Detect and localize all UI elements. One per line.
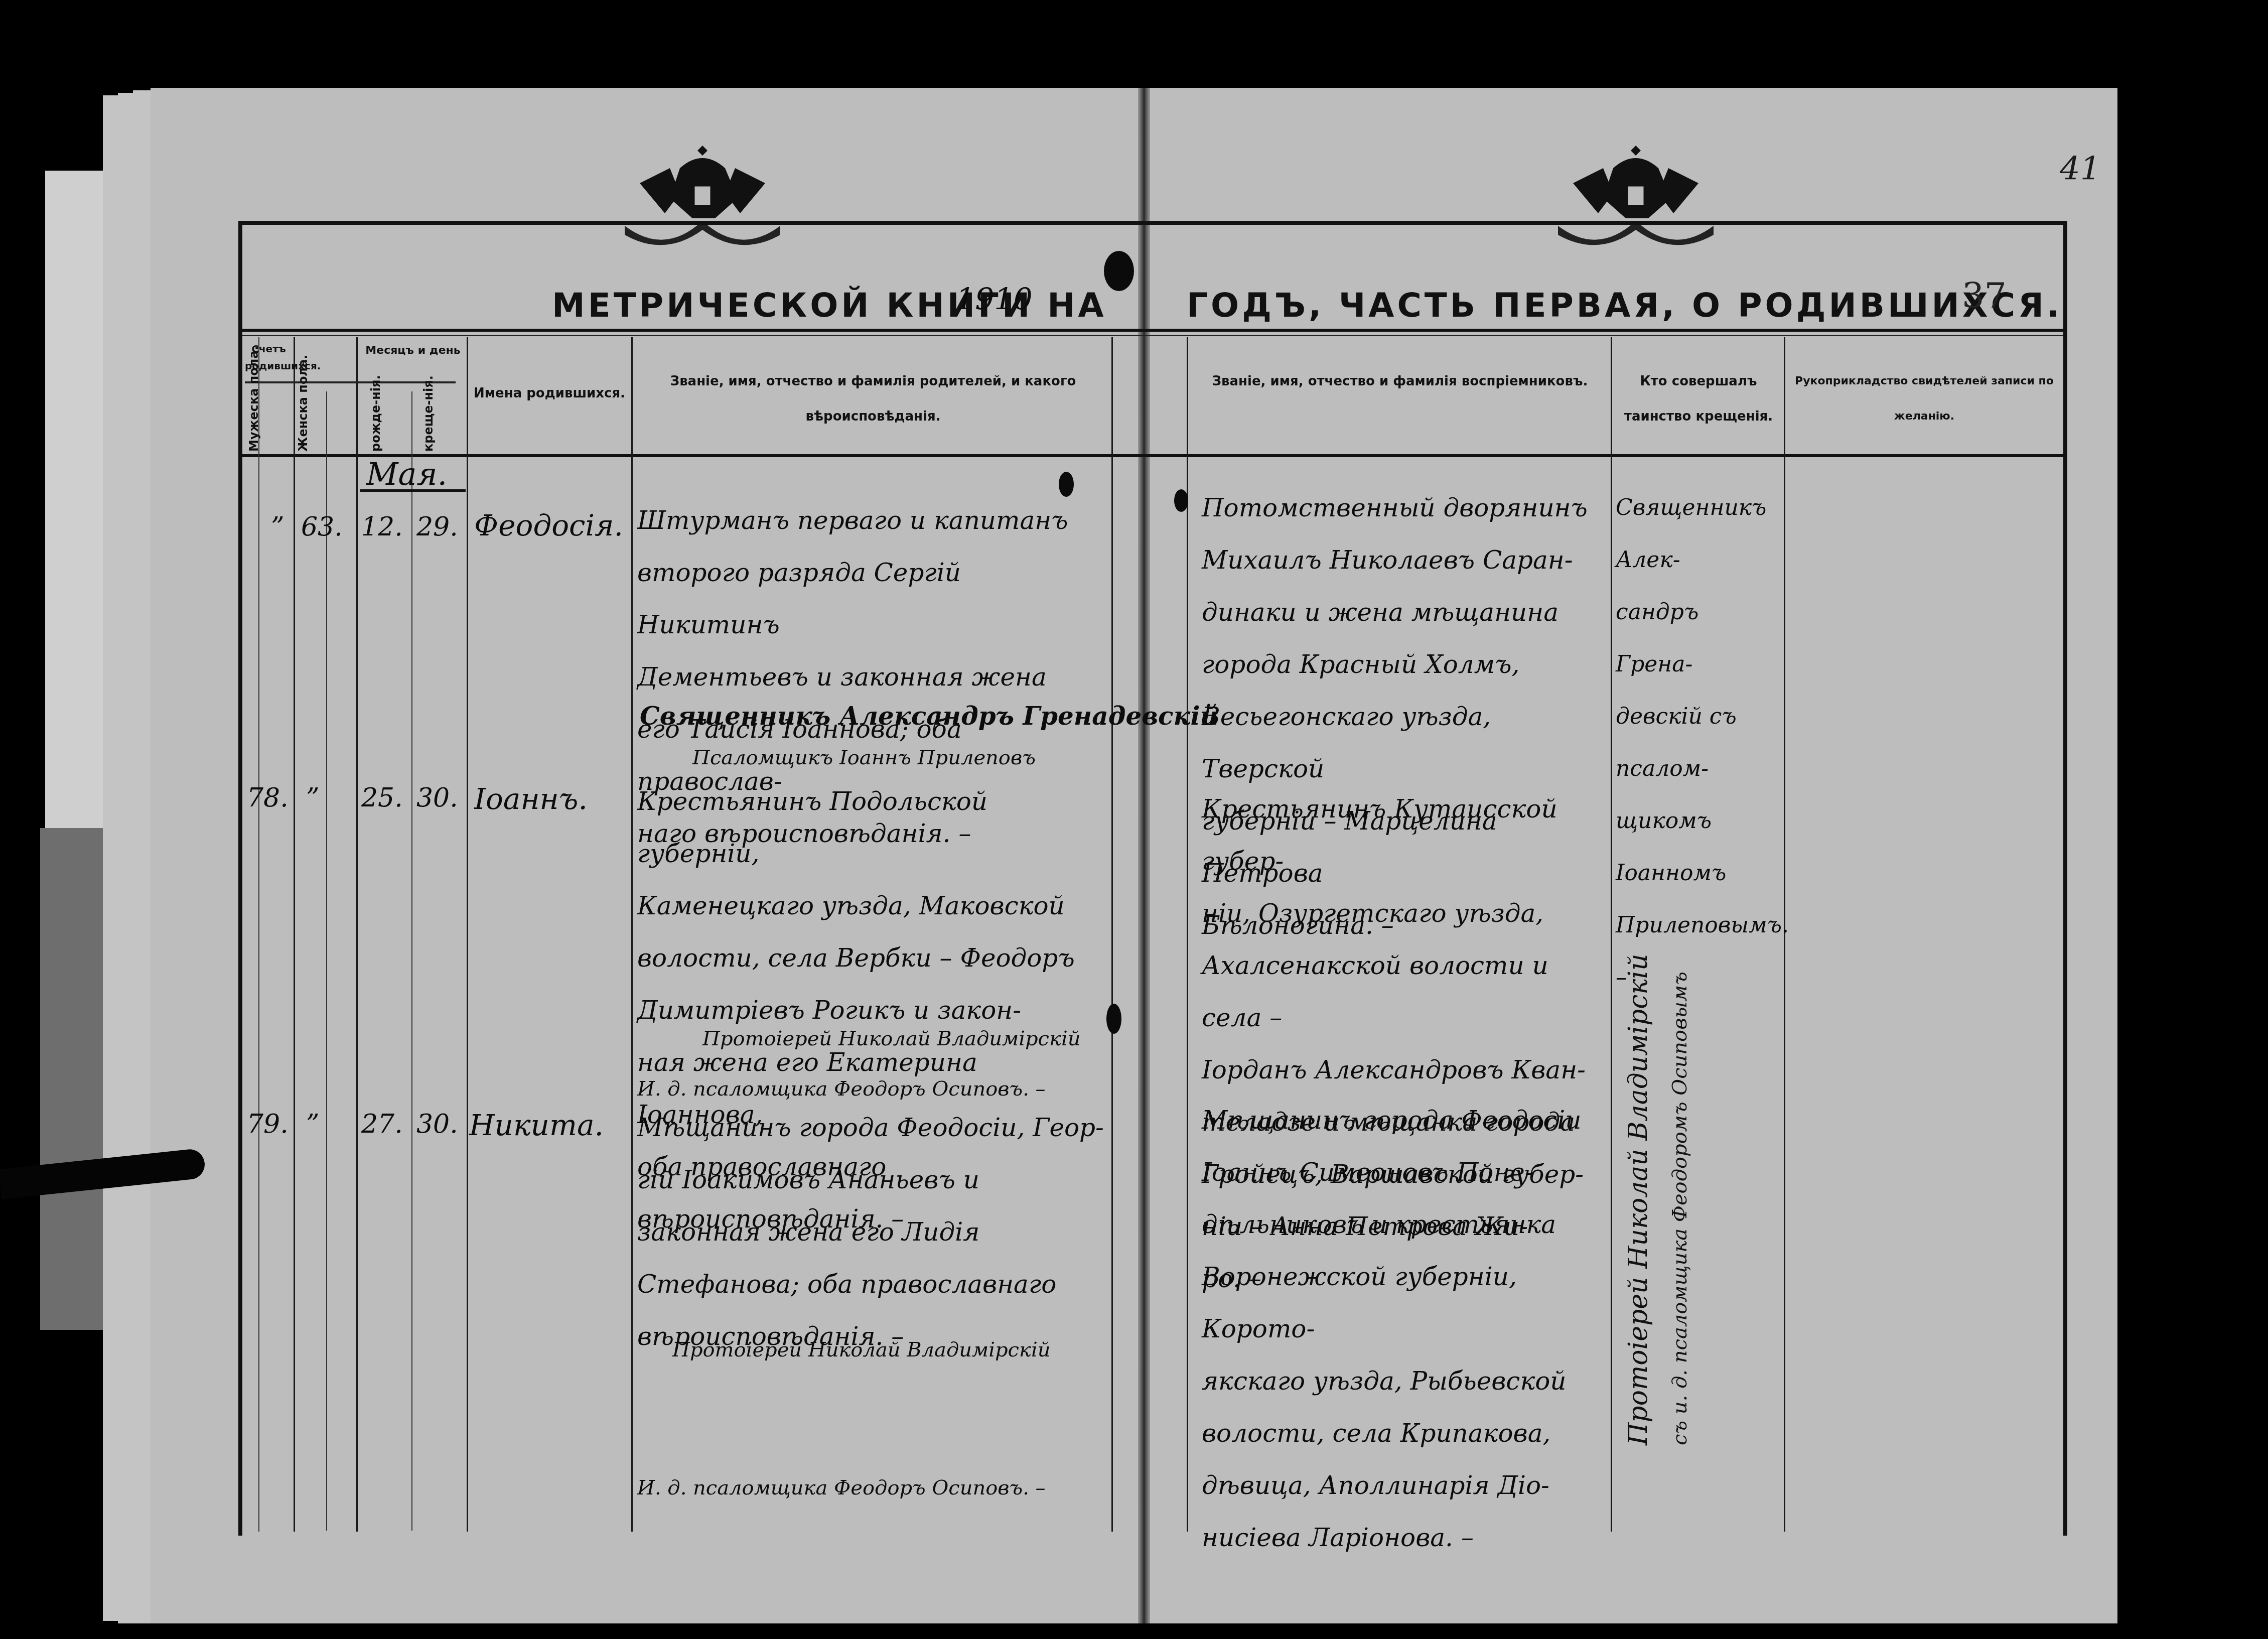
col-line — [356, 337, 358, 1532]
binding-hole-mark — [1059, 472, 1074, 497]
header-rule-bottom — [241, 454, 2067, 457]
entry-3-priest-signature: Протоіерей Николай Владимірскій — [672, 1335, 1050, 1365]
entry-2-parents-line: волости, села Вербки – Феодоръ — [637, 932, 1109, 984]
entry-2-godparents-line: ніи, Озургетскаго уѣзда, — [1202, 887, 1608, 939]
entry-1-parents-line: второго разряда Сергій Никитинъ — [637, 547, 1109, 651]
col-line — [1111, 337, 1113, 1532]
entry-1-birth-day: 12. — [361, 512, 403, 542]
entry-1-baptism-day: 29. — [416, 512, 458, 542]
entry-1-godparents-line: Михаилъ Николаевъ Саран- — [1202, 534, 1608, 586]
officiant-signature-vertical-1: Протоіерей Николай Владимірскій — [1623, 753, 1653, 1445]
entry-3-godparents: Мѣщанинъ города Феодосіи Іоаннъ Симеонов… — [1202, 1094, 1608, 1564]
header-birth-day: рожде-нія. — [369, 396, 383, 452]
frame-right — [2063, 221, 2067, 1536]
col-line — [1611, 337, 1612, 1532]
header-male: Мужеска пола. — [247, 396, 261, 452]
month-label: Мая. — [366, 457, 447, 492]
entry-1-godparents-line: города Красный Холмъ, — [1202, 638, 1608, 691]
entry-2-name: Іоаннъ. — [474, 773, 588, 825]
entry-1-parents-line: Штурманъ перваго и капитанъ — [637, 494, 1109, 547]
entry-3-godparents-line: дѣльниковъ и крестьянка — [1202, 1198, 1608, 1251]
entry-2-parents-line: Крестьянинъ Подольской губерніи, — [637, 775, 1109, 880]
entry-1-officiant-line: сандръ Грена- — [1616, 586, 1781, 691]
entry-1-godparents-line: Весьегонскаго уѣзда, Тверской — [1202, 691, 1608, 795]
double-headed-eagle-emblem-right — [1553, 138, 1719, 253]
entry-3-psalmist-footer: И. д. псаломщика Феодоръ Осиповъ. – — [637, 1473, 1046, 1503]
entry-3-godparents-line: якскаго уѣзда, Рыбьевской — [1202, 1355, 1608, 1407]
ink-blot — [1104, 251, 1134, 291]
entry-3-male: 79. — [247, 1109, 289, 1139]
entry-3-parents-line: Стефанова; оба православнаго — [637, 1258, 1109, 1310]
entry-3-name: Никита. — [469, 1099, 604, 1151]
col-line — [1187, 337, 1188, 1532]
entry-3-godparents-line: Мѣщанинъ города Феодосіи — [1202, 1094, 1608, 1146]
entry-3-godparents-line: нисіева Ларіонова. – — [1202, 1512, 1608, 1564]
col-line — [294, 337, 295, 1532]
double-headed-eagle-emblem-left — [620, 138, 785, 253]
book-spine — [1138, 88, 1150, 1623]
entry-1-priest-signature: Священникъ Александръ Гренадевскій — [640, 690, 1218, 742]
entry-3-psalmist-signature: И. д. псаломщика Феодоръ Осиповъ. – — [637, 1074, 1046, 1104]
header-godparents: Званіе, имя, отчество и фамилія воспріем… — [1204, 364, 1596, 399]
header-date-group: Месяцъ и день — [360, 340, 466, 361]
entry-1-female: 63. — [301, 512, 343, 542]
binding-hole-mark — [1174, 489, 1188, 512]
entry-2-godparents-line: Крестьянинъ Кутаисской губер- — [1202, 783, 1608, 887]
entry-3-godparents-line: дѣвица, Аполлинарія Діо- — [1202, 1459, 1608, 1512]
header-baptism-day: креще-нія. — [421, 396, 436, 452]
entry-3-godparents-line: Іоаннъ Симеоновъ Поне- — [1202, 1146, 1608, 1198]
header-rule-top — [241, 329, 2067, 332]
header-rule-top-thin — [241, 335, 2067, 336]
col-line — [258, 337, 259, 1532]
officiant-signature-vertical-2: съ и. д. псаломщика Феодоромъ Осиповымъ — [1668, 753, 1691, 1445]
entry-3-birth-day: 27. — [361, 1109, 403, 1139]
entry-3-parents-line: гій Іоакимовъ Ананьевъ и — [637, 1154, 1109, 1206]
entry-1-godparents-line: Потомственный дворянинъ — [1202, 482, 1608, 534]
entry-3-female: ” — [306, 1109, 320, 1139]
entry-3-parents-line: Мѣщанинъ города Феодосіи, Геор- — [637, 1102, 1109, 1154]
entry-3-parents: Мѣщанинъ города Феодосіи, Геор- гій Іоак… — [637, 1102, 1109, 1362]
header-names: Имена родившихся. — [469, 381, 630, 406]
entry-3-parents-line: законная жена его Лидія — [637, 1206, 1109, 1258]
frame-left — [238, 221, 242, 1536]
entry-2-psalmist-signature: Псаломщикъ Іоаннъ Прилеповъ — [692, 743, 1036, 773]
header-officiant: Кто совершалъ таинство крещенія. — [1616, 364, 1781, 434]
entry-2-priest-signature: Протоіерей Николай Владимірскій — [702, 1024, 1080, 1054]
entry-1-male: ” — [271, 512, 285, 542]
header-parents: Званіе, имя, отчество и фамилія родителе… — [637, 364, 1109, 434]
entry-1-officiant-line: Священникъ Алек- — [1616, 482, 1781, 586]
header-female: Женска пола. — [296, 396, 310, 452]
col-line — [326, 391, 327, 1531]
entry-2-baptism-day: 30. — [416, 783, 458, 813]
entry-3-baptism-day: 30. — [416, 1109, 458, 1139]
entry-2-birth-day: 25. — [361, 783, 403, 813]
entry-2-godparents-line: Ахалсенакской волости и села – — [1202, 939, 1608, 1044]
col-line — [631, 337, 633, 1532]
header-witness-signatures: Рукоприкладство свидѣтелей записи по жел… — [1789, 364, 2060, 435]
entry-2-male: 78. — [247, 783, 289, 813]
binding-hole-mark — [1106, 1004, 1121, 1034]
col-line — [467, 337, 468, 1532]
col-line — [411, 391, 412, 1531]
title-right: ГОДЪ, ЧАСТЬ ПЕРВАЯ, О РОДИВШИХСЯ. — [1187, 286, 2062, 325]
entry-3-godparents-line: волости, села Крипакова, — [1202, 1407, 1608, 1459]
year-handwritten: 1910 — [956, 274, 1033, 326]
archive-folio-number: 41 — [2060, 151, 2100, 188]
frame-top-rule — [241, 221, 2067, 225]
entry-1-name: Феодосія. — [474, 499, 623, 552]
entry-2-parents-line: Каменецкаго уѣзда, Маковской — [637, 880, 1109, 932]
entry-2-female: ” — [306, 783, 320, 813]
entry-2-godparents-line: Іорданъ Александровъ Кван- — [1202, 1044, 1608, 1096]
entry-3-godparents-line: Воронежской губерніи, Корото- — [1202, 1251, 1608, 1355]
page-number: 37 — [1962, 275, 2007, 316]
entry-1-godparents-line: динаки и жена мѣщанина — [1202, 586, 1608, 638]
